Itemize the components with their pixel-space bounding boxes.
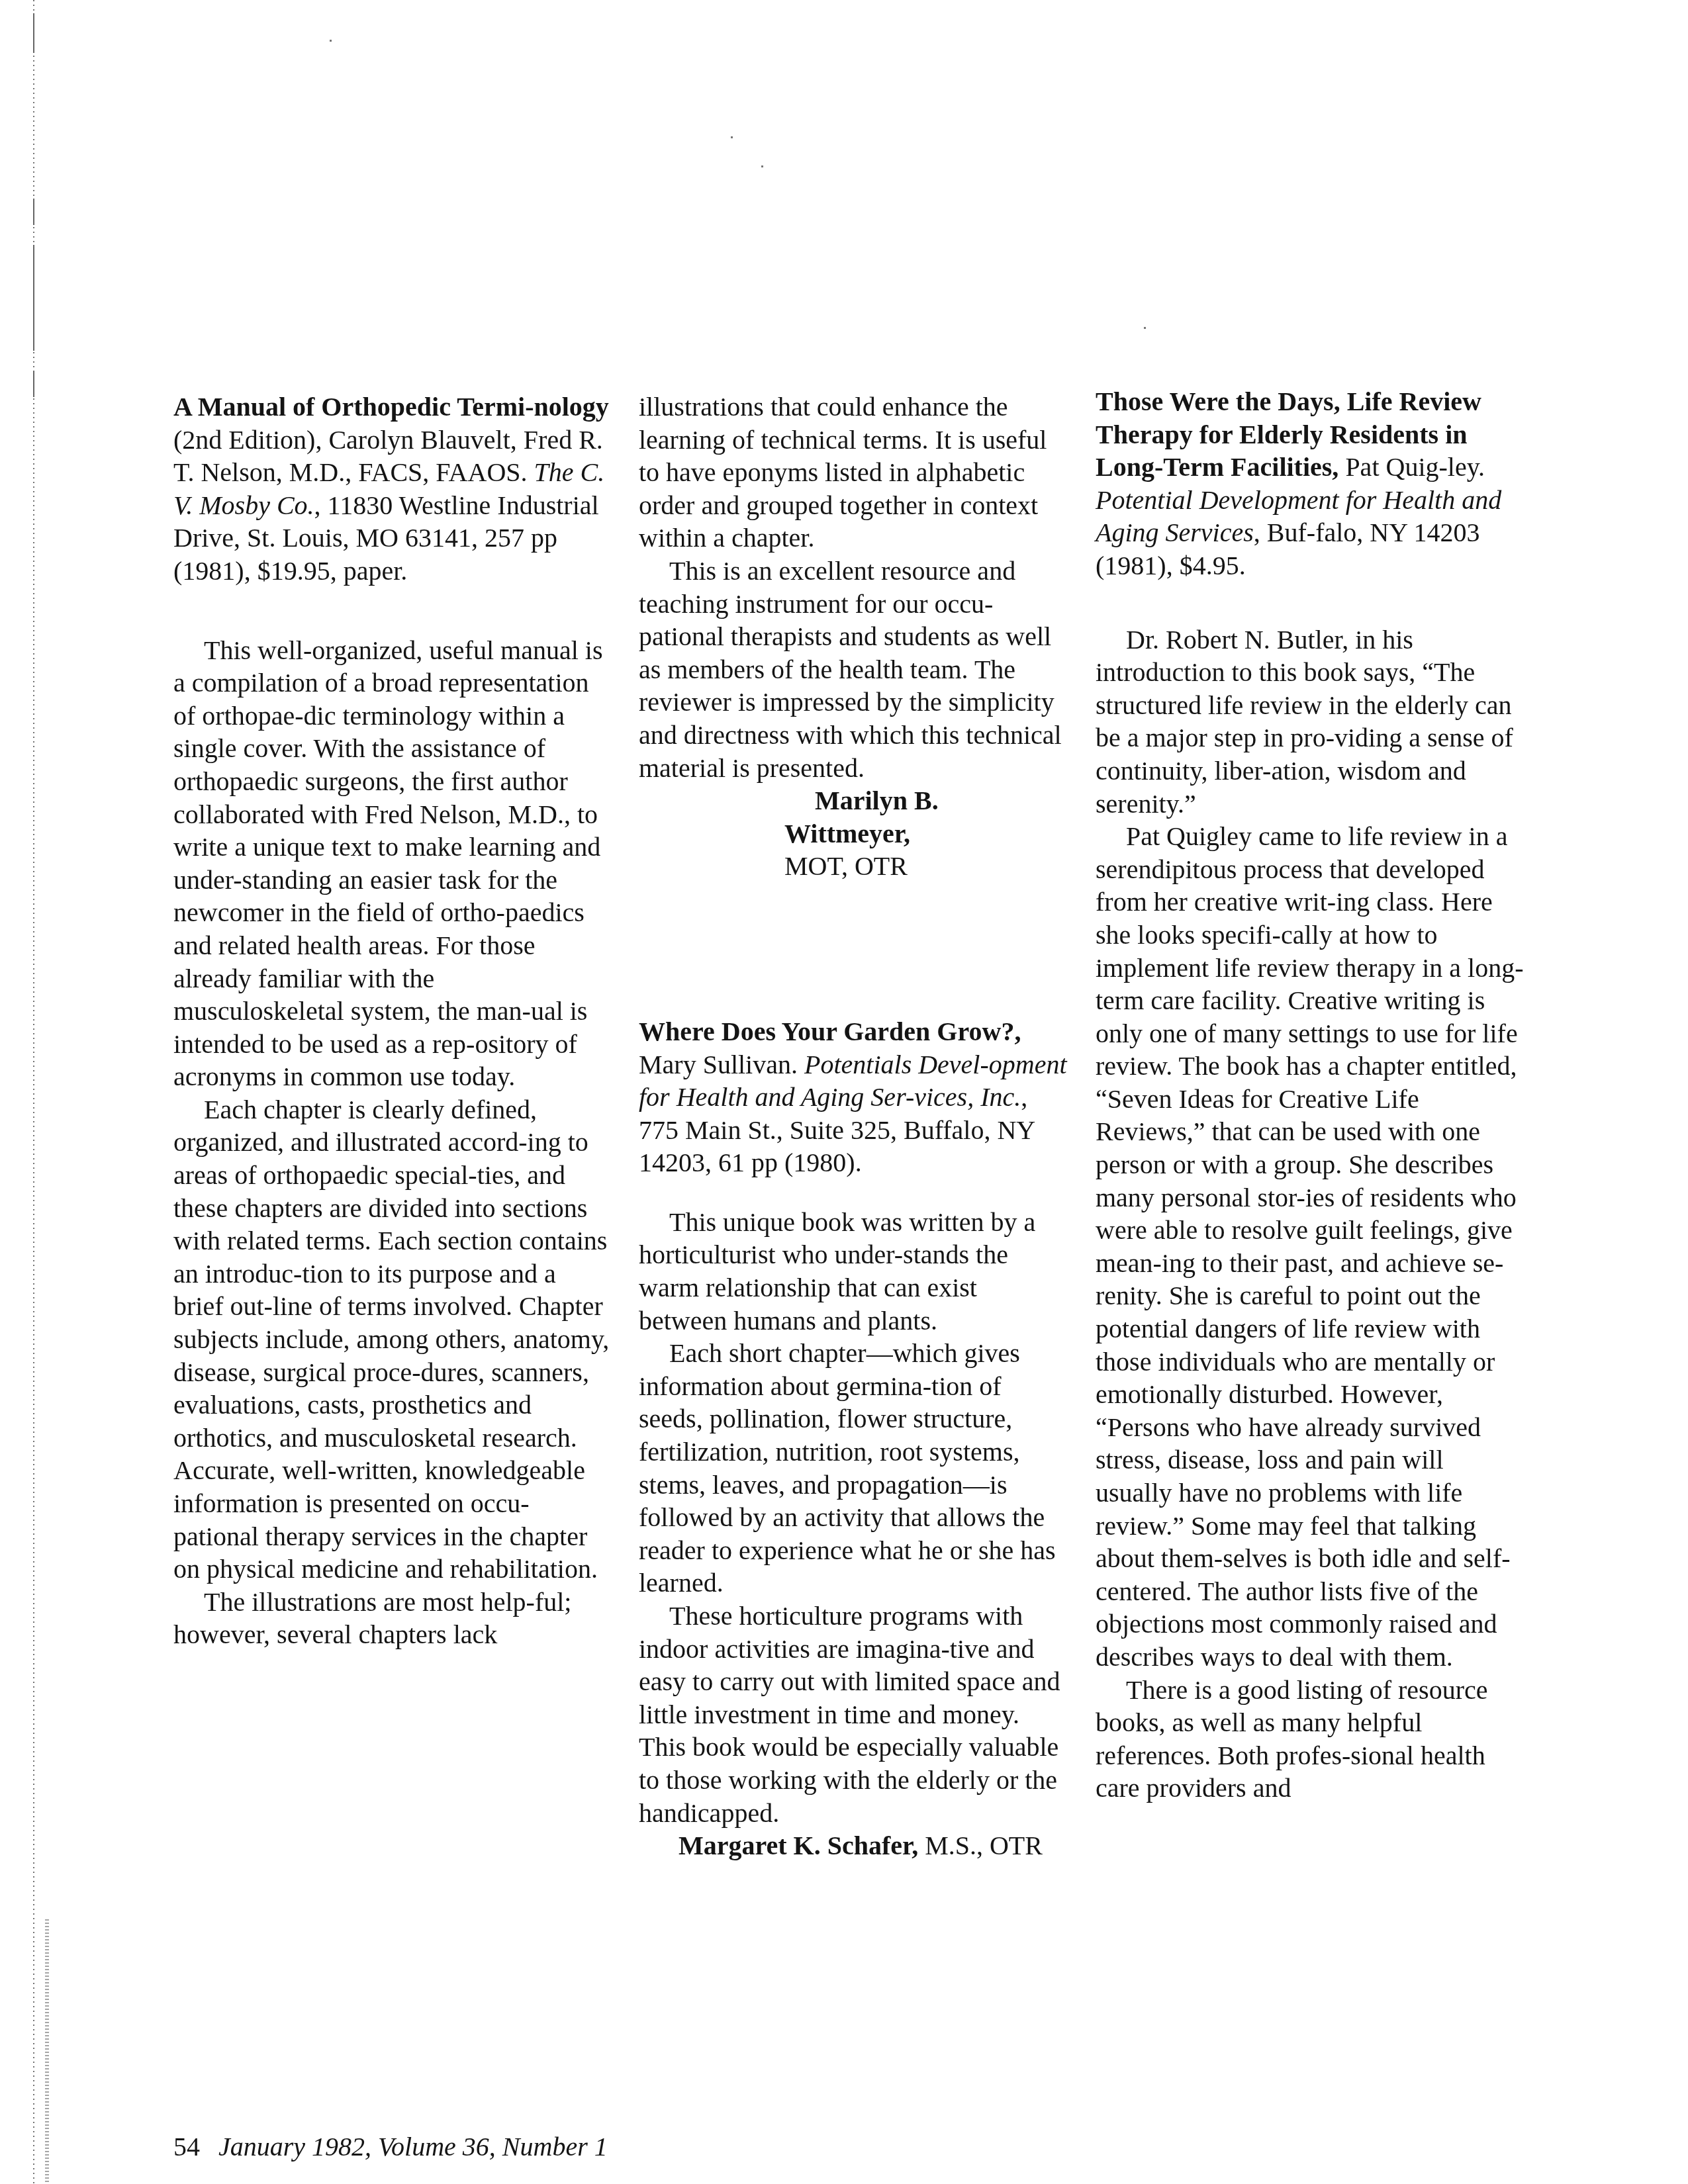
book-author: Mary Sullivan. (639, 1050, 804, 1079)
review-paragraph: Each chapter is clearly defined, organiz… (173, 1093, 610, 1586)
reviewer-signature: Margaret K. Schafer, M.S., OTR (639, 1829, 1069, 1862)
review-paragraph: illustrations that could enhance the lea… (639, 390, 1069, 555)
review-paragraph: Each short chapter—which gives informati… (639, 1337, 1069, 1600)
review-paragraph: There is a good listing of resource book… (1096, 1674, 1526, 1805)
book-author: Pat Quig-ley. (1338, 452, 1485, 482)
spacer (1096, 582, 1526, 623)
scan-tick-mark (33, 13, 34, 53)
book-title: A Manual of Orthopedic Termi-nology (173, 392, 609, 422)
page-number: 54 (173, 2132, 200, 2161)
scan-speck (1144, 327, 1146, 329)
review-paragraph: The illustrations are most help-ful; how… (173, 1586, 610, 1651)
scan-speck (731, 136, 733, 138)
review-paragraph: Pat Quigley came to life review in a ser… (1096, 820, 1526, 1673)
spacer (173, 621, 610, 634)
review-paragraph: This unique book was written by a hortic… (639, 1206, 1069, 1337)
review-paragraph: These horticulture programs with indoor … (639, 1600, 1069, 1829)
reviewer-signature: Marilyn B. Wittmeyer, MOT, OTR (639, 784, 1069, 883)
scan-speck (330, 40, 332, 42)
column-right: Those Were the Days, Life Review Therapy… (1096, 385, 1526, 1805)
book-title: Where Does Your Garden Grow?, (639, 1017, 1021, 1046)
reviewer-credentials: M.S., OTR (918, 1831, 1043, 1860)
reviewer-name: Marilyn B. Wittmeyer, (784, 786, 939, 848)
scan-tick-mark (33, 371, 34, 397)
page-footer: 54January 1982, Volume 36, Number 1 (173, 2131, 608, 2162)
reviewer-credentials: MOT, OTR (784, 851, 908, 881)
scan-speck (761, 165, 763, 167)
review-paragraph: This well-organized, useful manual is a … (173, 634, 610, 1093)
column-left: A Manual of Orthopedic Termi-nology (2nd… (173, 390, 610, 1651)
review-paragraph: This is an excellent resource and teachi… (639, 555, 1069, 784)
reviewer-name: Margaret K. Schafer, (679, 1831, 918, 1860)
scan-tick-mark (33, 245, 34, 351)
spacer (173, 588, 610, 621)
review-paragraph: Dr. Robert N. Butler, in his introductio… (1096, 623, 1526, 821)
scan-margin-artifact (33, 0, 50, 2184)
review-heading-garden: Where Does Your Garden Grow?, Mary Sulli… (639, 1015, 1069, 1179)
review-heading-life-review: Those Were the Days, Life Review Therapy… (1096, 385, 1526, 582)
spacer (639, 1179, 1069, 1206)
review-heading-orthopedic-manual: A Manual of Orthopedic Termi-nology (2nd… (173, 390, 610, 588)
spacer (639, 883, 1069, 1015)
scan-tick-mark (33, 199, 34, 225)
issue-info: January 1982, Volume 36, Number 1 (218, 2132, 608, 2161)
column-middle: illustrations that could enhance the lea… (639, 390, 1069, 1862)
